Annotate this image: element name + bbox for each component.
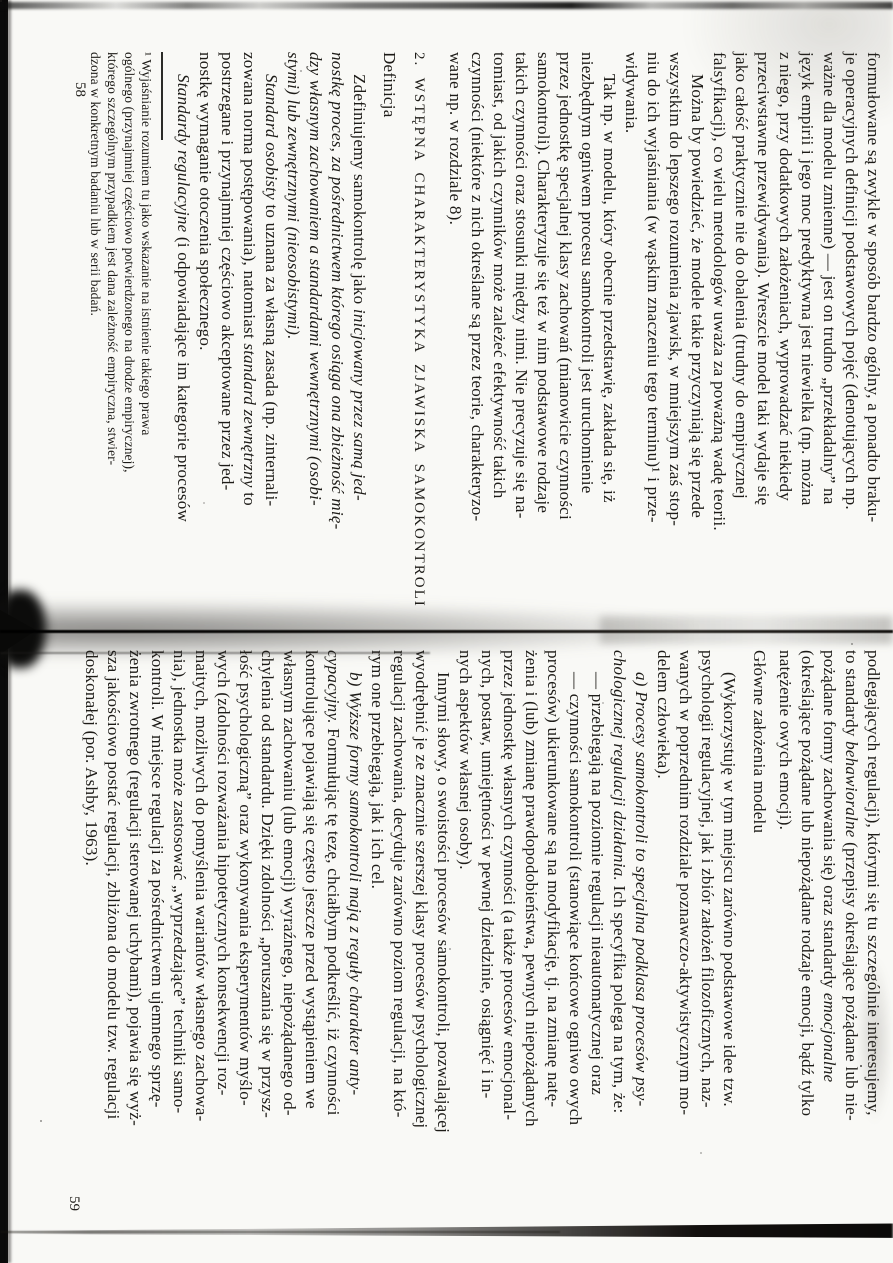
paragraph: Standardy regulacyjne (i odpowiadające i… — [172, 52, 194, 622]
scan-dust-specks — [0, 0, 2, 2]
text-line: czynności (niektóre z nich określane są … — [466, 52, 488, 622]
text-line: Standard osobisty to uznana za własną za… — [260, 52, 282, 622]
paragraph: — czynności samokontroli (stanowiące koń… — [454, 650, 586, 1220]
paragraph: Można by powiedzieć, że modele takie prz… — [620, 52, 708, 622]
text-line: wyodrębnić je ze znacznie szerszej klasy… — [410, 650, 432, 1220]
text-line: takich czynności oraz stosunki między ni… — [510, 52, 532, 622]
text-line: nostkę proces, za pośrednictwem którego … — [326, 52, 348, 622]
text-line: postrzegane i przynajmniej częściowo akc… — [216, 52, 238, 622]
paragraph: Innymi słowy, o swoistości procesów samo… — [366, 650, 454, 1220]
text-line: jako całość praktycznie nie do obalenia … — [730, 52, 752, 622]
text-line: widywania. — [620, 52, 642, 622]
text-line: procesów) ukierunkowane są na modyfikacj… — [542, 650, 564, 1220]
text-line: zowana norma postępowania), natomiast st… — [238, 52, 260, 622]
scan-gutter-blob-left — [0, 590, 46, 668]
text-line: chylenia od standardu. Dzięki zdolności … — [256, 650, 278, 1220]
text-line: doskonałej (por. Ashby, 1963). — [80, 650, 102, 1220]
text-line: przez jednostkę specjalnej klasy zachowa… — [554, 52, 576, 622]
text-line: nych, postaw, umiejętności w pewnej dzie… — [476, 650, 498, 1220]
heading-plain: Definicja — [378, 52, 400, 622]
text-line: łość psychologiczną” oraz wykonywania ek… — [234, 650, 256, 1220]
paragraph: Tak np. w modelu, który obecnie przedsta… — [444, 52, 620, 622]
text-line: dzy własnym zachowaniem a standardami we… — [304, 52, 326, 622]
text-line: język empirii i jego moc predyktywna jes… — [796, 52, 818, 622]
text-line: maitych, możliwych do pomyślenia wariant… — [190, 650, 212, 1220]
text-line: tomiast, od jakich czynników może zależe… — [488, 52, 510, 622]
scan-edge-bottom-line — [0, 1231, 560, 1233]
footnote-rule — [161, 52, 163, 140]
text-line: wszystkim do lepszego rozumienia zjawisk… — [664, 52, 686, 622]
text-line: b) Wyższe formy samokontroli mają z regu… — [344, 650, 366, 1220]
text-line: żenia i (lub) zmianę prawdopodobieństwa,… — [520, 650, 542, 1220]
page-number-58: 58 — [71, 82, 88, 97]
text-line: ¹ Wyjaśnianie rozumiem tu jako wskazanie… — [138, 52, 155, 622]
text-line: wanych w poprzednim rozdziale poznawczo-… — [674, 650, 696, 1220]
paragraph: Zdefiniujemy samokontrolę jako inicjowan… — [282, 52, 370, 622]
text-line: natężenie owych emocji). — [774, 650, 796, 1220]
text-line: cypacyjny. Formułując tę tezę, chciałbym… — [322, 650, 344, 1220]
paragraph: (Wykorzystuję w tym miejscu zarówno pods… — [652, 650, 740, 1220]
text-line: Standardy regulacyjne (i odpowiadające i… — [172, 52, 194, 622]
text-line: (Wykorzystuję w tym miejscu zarówno pods… — [718, 650, 740, 1220]
text-line: niezbędnym ogniwem procesu samokontroli … — [576, 52, 598, 622]
text-line: psychologii regulacyjnej, jak i zbiór za… — [696, 650, 718, 1220]
text-line: nych aspektów własnej osoby). — [454, 650, 476, 1220]
scan-edge-left-shadow — [7, 0, 11, 1263]
paragraph: podlegających regulacji), którymi się tu… — [774, 650, 884, 1220]
scan-gutter-core-line — [0, 630, 893, 633]
text-line: wych (zdolności rozważania hipotetycznyc… — [212, 650, 234, 1220]
text-line: nia), jednostka może zastosować „wyprzed… — [168, 650, 190, 1220]
text-line: z niego, przy dodatkowych założeniach, w… — [774, 52, 796, 622]
text-line: falsyfikacji), co wielu metodologów uważ… — [708, 52, 730, 622]
text-line: rym one przebiegają, jak i ich cel. — [366, 650, 388, 1220]
scan-edge-bottom-band — [0, 1222, 893, 1240]
text-line: delem człowieka). — [652, 650, 674, 1220]
scanned-book-spread: 58 formułowane są zwykle w sposób bardzo… — [0, 0, 893, 1263]
text-line: — czynności samokontroli (stanowiące koń… — [564, 650, 586, 1220]
text-line: nostkę wymaganie otoczenia społecznego. — [194, 52, 216, 622]
page-59-content: 59 podlegających regulacji), którymi się… — [60, 650, 884, 1220]
heading-plain: Główne założenia modelu — [748, 650, 770, 1220]
paragraph: a) Procesy samokontroli to specjalna pod… — [608, 650, 652, 1220]
text-line: własnym zachowaniu (lub emocji) wyraźneg… — [278, 650, 300, 1220]
text-line: Można by powiedzieć, że modele takie prz… — [686, 52, 708, 622]
text-line: podlegających regulacji), którymi się tu… — [862, 650, 884, 1220]
text-line: chologicznej regulacji działania. Ich sp… — [608, 650, 630, 1220]
text-line: niu do ich wyjaśniania (w wąskim znaczen… — [642, 52, 664, 622]
text-line: 2. WSTĘPNA CHARAKTERYSTYKA ZJAWISKA SAMO… — [408, 52, 430, 622]
paragraph: — przebiegają na poziomie regulacji niea… — [586, 650, 608, 1220]
text-line: ogólnego (przynajmniej częściowo potwier… — [121, 52, 138, 622]
text-line: — przebiegają na poziomie regulacji niea… — [586, 650, 608, 1220]
text-line: dzona w konkretnym badaniu lub w serii b… — [87, 52, 104, 622]
paragraph: formułowane są zwykle w sposób bardzo og… — [708, 52, 884, 622]
text-line: (określające pożądane lub niepożądane ro… — [796, 650, 818, 1220]
scan-edge-top-streak — [0, 2, 893, 9]
scan-gutter-wedge — [0, 610, 36, 654]
text-line: ważne dla modelu zmienne) — jest on trud… — [818, 52, 840, 622]
page-58-content: 58 formułowane są zwykle w sposób bardzo… — [60, 52, 884, 622]
text-line: je operacyjnych definicji podstawowych p… — [840, 52, 862, 622]
text-line: Tak np. w modelu, który obecnie przedsta… — [598, 52, 620, 622]
text-line: przeciwstawne przewidywania). Wreszcie m… — [752, 52, 774, 622]
text-line: którego szczególnym przypadkiem jest dan… — [104, 52, 121, 622]
text-line: samokontroli). Charakteryzuje się też w … — [532, 52, 554, 622]
text-line: przez jednostkę własnych czynności (a ta… — [498, 650, 520, 1220]
text-line: kontroli. W miejsce regulacji za pośredn… — [146, 650, 168, 1220]
text-line: Definicja — [378, 52, 400, 622]
text-line: wane np. w rozdziale 8). — [444, 52, 466, 622]
heading-caps: 2. WSTĘPNA CHARAKTERYSTYKA ZJAWISKA SAMO… — [408, 52, 430, 622]
paragraph: Standard osobisty to uznana za własną za… — [194, 52, 282, 622]
text-line: Innymi słowy, o swoistości procesów samo… — [432, 650, 454, 1220]
text-line: to standardy behawioralne (przepisy okre… — [840, 650, 862, 1220]
paragraph: b) Wyższe formy samokontroli mają z regu… — [80, 650, 366, 1220]
text-line: sza jakościowo postać regulacji, zbliżon… — [102, 650, 124, 1220]
footnote: ¹ Wyjaśnianie rozumiem tu jako wskazanie… — [87, 52, 155, 622]
text-line: regulacji zachowania, decyduje zarówno p… — [388, 650, 410, 1220]
scan-edge-left-strip — [0, 0, 8, 1263]
text-line: a) Procesy samokontroli to specjalna pod… — [630, 650, 652, 1220]
page-number-59: 59 — [65, 1196, 82, 1211]
text-line: formułowane są zwykle w sposób bardzo og… — [862, 52, 884, 622]
text-line: stymi) lub zewnętrznymi (nieosobistymi). — [282, 52, 304, 622]
text-line: Główne założenia modelu — [748, 650, 770, 1220]
text-line: żenia zwrotnego (regulacji sterowanej uc… — [124, 650, 146, 1220]
text-line: Zdefiniujemy samokontrolę jako inicjowan… — [348, 52, 370, 622]
text-line: pożądane formy zachowania się) oraz stan… — [818, 650, 840, 1220]
text-line: kontrolujące pojawiają się często jeszcz… — [300, 650, 322, 1220]
